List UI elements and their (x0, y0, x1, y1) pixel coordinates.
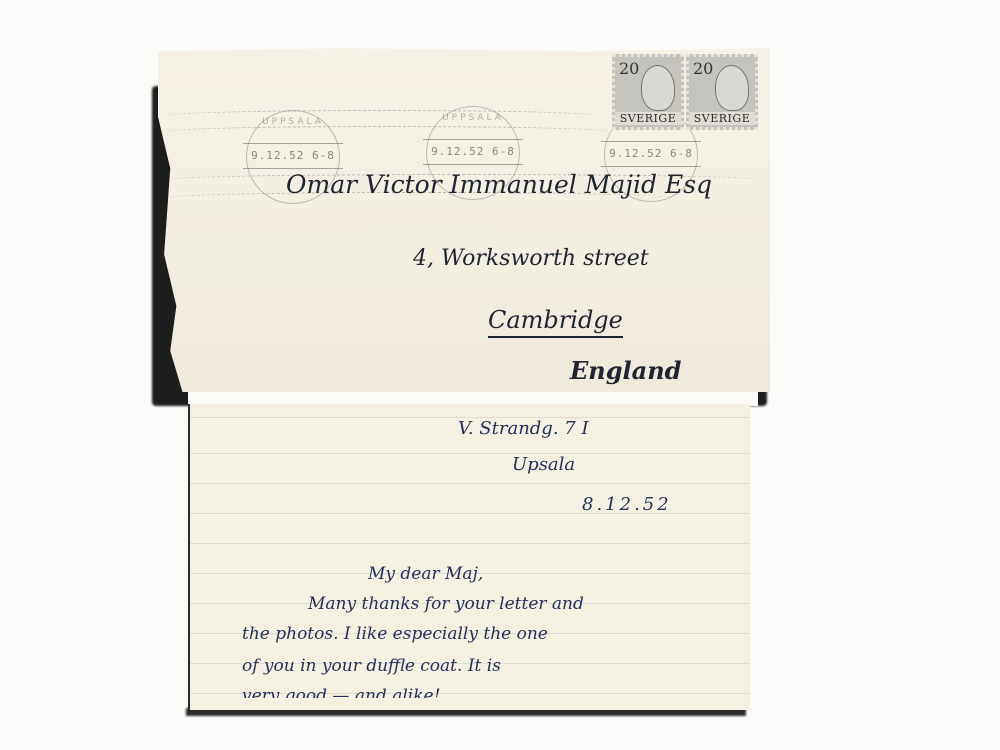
king-portrait-icon (715, 65, 749, 111)
letter: V. Strandg. 7 I Upsala 8.12.52 My dear M… (188, 404, 750, 710)
sender-city: Upsala (512, 454, 575, 475)
stamp-country: SVERIGE (615, 112, 681, 125)
address-name: Omar Victor Immanuel Majid Esq (286, 170, 712, 199)
address-street: 4, Worksworth street (413, 246, 649, 271)
envelope: UPPSALA 9.12.52 6-8 UPPSALA 9.12.52 6-8 … (158, 48, 770, 392)
king-portrait-icon (641, 65, 675, 111)
cancellation-wave (168, 110, 598, 121)
salutation: My dear Maj, (368, 564, 483, 584)
stamp: 20 SVERIGE (686, 54, 758, 130)
stamp: 20 SVERIGE (612, 54, 684, 130)
cancellation-wave (168, 126, 608, 137)
address-country: England (570, 356, 681, 385)
body-line: of you in your duffle coat. It is (242, 656, 501, 676)
stamp-value: 20 (619, 59, 639, 78)
body-line: very good — and alike! (242, 686, 440, 706)
postmark-town: UPPSALA (247, 117, 339, 127)
body-line: the photos. I like especially the one (242, 624, 548, 644)
postmark-town: UPPSALA (427, 113, 519, 123)
sender-address: V. Strandg. 7 I (458, 418, 589, 439)
body-line: Many thanks for your letter and (308, 594, 584, 614)
stamp-country: SVERIGE (689, 112, 755, 125)
postmark-date: 9.12.52 6-8 (423, 139, 523, 165)
address-city: Cambridge (488, 306, 623, 338)
postmark-date: 9.12.52 6-8 (243, 143, 343, 169)
letter-date: 8.12.52 (582, 494, 672, 515)
stamp-value: 20 (693, 59, 713, 78)
postmark-date: 9.12.52 6-8 (601, 141, 701, 167)
